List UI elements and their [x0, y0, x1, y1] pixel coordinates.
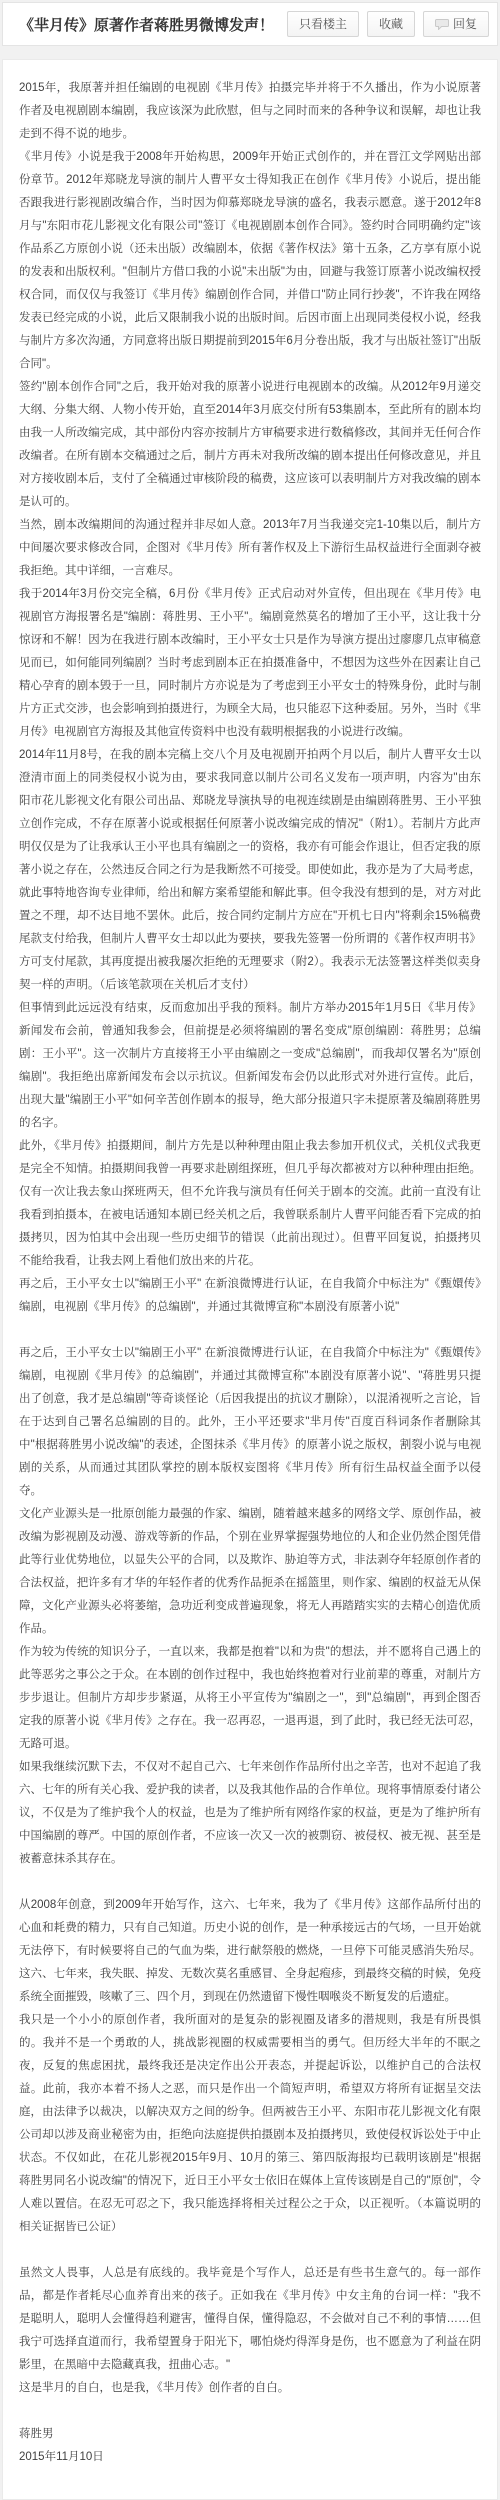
paragraph: 但事情到此远远没有结束，反而愈加出乎我的预料。制片方举办2015年1月5日《芈月…: [19, 997, 481, 1135]
paragraph: 签约"剧本创作合同"之后，我开始对我的原著小说进行电视剧本的改编。从2012年9…: [19, 376, 481, 514]
toolbar: 只看楼主 收藏 回复: [287, 11, 489, 37]
signature-author: 蒋胜男: [19, 2423, 481, 2446]
paragraph-spacer: [19, 1319, 481, 1342]
paragraph: 2014年11月8号，在我的剧本完稿上交八个月及电视剧开拍两个月以后，制片人曹平…: [19, 744, 481, 997]
paragraph: 再之后，王小平女士以"编剧王小平" 在新浪微博进行认证，在自我简介中标注为"《甄…: [19, 1342, 481, 1503]
reply-button[interactable]: 回复: [423, 11, 489, 37]
paragraph: 这是芈月的自白，也是我，《芈月传》创作者的自白。: [19, 2377, 481, 2400]
paragraph: 当然，剧本改编期间的沟通过程并非尽如人意。2013年7月当我递交完1-10集以后…: [19, 514, 481, 583]
signature-block: 蒋胜男 2015年11月10日: [19, 2423, 481, 2469]
paragraph-spacer: [19, 1871, 481, 1894]
page: 《芈月传》原著作者蒋胜男微博发声！ 只看楼主 收藏 回复 2015年，我原著并担…: [0, 2, 500, 2500]
paragraph: 我只是一个小小的原创作者，我所面对的是复杂的影视圈及诸多的潜规则，我是有所畏惧的…: [19, 2009, 481, 2239]
signature-date: 2015年11月10日: [19, 2446, 481, 2469]
reply-bubble-icon: [435, 18, 449, 30]
post-card: 2015年，我原著并担任编剧的电视剧《芈月传》拍摄完毕并将于不久播出，作为小说原…: [2, 59, 498, 2500]
post-body: 2015年，我原著并担任编剧的电视剧《芈月传》拍摄完毕并将于不久播出，作为小说原…: [19, 77, 481, 2400]
post-header: 《芈月传》原著作者蒋胜男微博发声！ 只看楼主 收藏 回复: [2, 2, 498, 46]
paragraph-spacer: [19, 2239, 481, 2262]
paragraph: 作为较为传统的知识分子，一直以来，我都是抱着"以和为贵"的想法，并不愿将自己遇上…: [19, 1641, 481, 1756]
paragraph: 文化产业源头是一批原创能力最强的作家、编剧，随着越来越多的网络文学、原创作品，被…: [19, 1503, 481, 1641]
reply-button-label: 回复: [453, 18, 477, 30]
paragraph: 虽然文人畏事，人总是有底线的。我毕竟是个写作人，总还是有些书生意气的。每一部作品…: [19, 2262, 481, 2377]
paragraph: 2015年，我原著并担任编剧的电视剧《芈月传》拍摄完毕并将于不久播出，作为小说原…: [19, 77, 481, 146]
paragraph: 此外，《芈月传》拍摄期间，制片方先是以种种理由阻止我去参加开机仪式，关机仪式我更…: [19, 1135, 481, 1273]
favorite-button[interactable]: 收藏: [367, 11, 415, 37]
paragraph: 再之后，王小平女士以"编剧王小平" 在新浪微博进行认证，在自我简介中标注为"《甄…: [19, 1273, 481, 1319]
view-author-only-button[interactable]: 只看楼主: [287, 11, 359, 37]
paragraph: 《芈月传》小说是我于2008年开始构思，2009年开始正式创作的，并在晋江文学网…: [19, 146, 481, 376]
paragraph: 我于2014年3月份交完全稿，6月份《芈月传》正式启动对外宣传，但出现在《芈月传…: [19, 583, 481, 744]
page-title: 《芈月传》原著作者蒋胜男微博发声！: [19, 14, 274, 35]
paragraph: 从2008年创意，到2009年开始写作，这六、七年来，我为了《芈月传》这部作品所…: [19, 1894, 481, 2009]
paragraph: 如果我继续沉默下去，不仅对不起自己六、七年来创作作品所付出之辛苦，也对不起追了我…: [19, 1756, 481, 1871]
